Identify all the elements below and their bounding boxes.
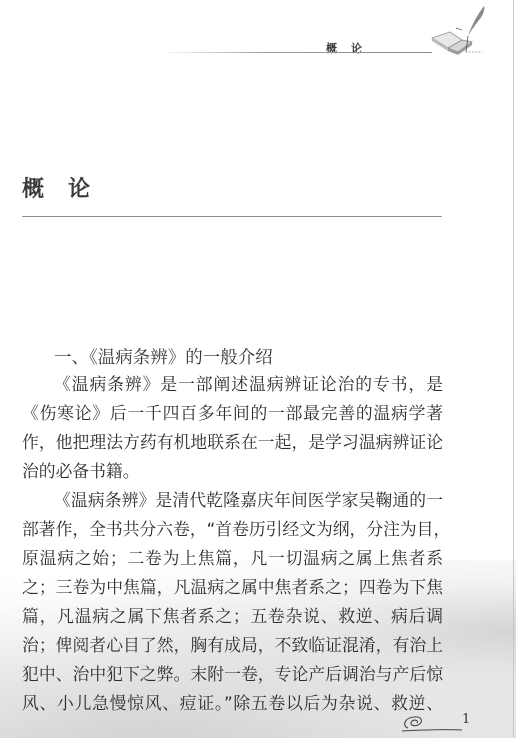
paragraph-line: 治的必备书籍。 (22, 457, 443, 486)
page-footer: 1 (392, 712, 464, 734)
chapter-rule (22, 216, 442, 217)
paragraph-line: 作，他把理法方药有机地联系在一起，是学习温病辨证论 (22, 428, 443, 457)
paragraph-line: 原温病之始；二卷为上焦篇，凡一切温病之属上焦者系 (22, 544, 443, 573)
body-text: 《温病条辨》是一部阐述温病辨证论治的专书，是 《伤寒论》后一千四百多年间的一部最… (22, 370, 443, 718)
chapter-title: 概论 (22, 172, 114, 203)
paragraph-line: 犯中、治中犯下之弊。末附一卷，专论产后调治与产后惊 (22, 660, 443, 689)
paragraph-line: 治；俾阅者心目了然，胸有成局，不致临证混淆，有治上 (22, 631, 443, 660)
running-header: 概论 (160, 40, 432, 54)
running-header-title: 概论 (326, 40, 376, 56)
paragraph-line: 之；三卷为中焦篇，凡温病之属中焦者系之；四卷为下焦 (22, 573, 443, 602)
running-header-rule (160, 52, 432, 53)
paragraph-line: 《温病条辨》是一部阐述温病辨证论治的专书，是 (22, 370, 443, 399)
paragraph-line: 《温病条辨》是清代乾隆嘉庆年间医学家吴鞠通的一 (22, 486, 443, 515)
paragraph-line: 篇，凡温病之属下焦者系之；五卷杂说、救逆、病后调 (22, 602, 443, 631)
paragraph-line: 风、小儿急慢惊风、痘证。”除五卷以后为杂说、救逆、 (22, 689, 443, 718)
page-number: 1 (462, 712, 470, 727)
open-book-quill-icon (428, 2, 492, 58)
paragraph-line: 《伤寒论》后一千四百多年间的一部最完善的温病学著 (22, 399, 443, 428)
paragraph-line: 部著作，全书共分六卷，“首卷历引经文为纲，分注为目， (22, 515, 443, 544)
section-heading: 一、《温病条辨》的一般介绍 (54, 344, 273, 369)
page-edge-line (513, 0, 514, 738)
book-page: 概论 概论 一、《温病条辨》的一般介绍 《温病条辨》是一部阐述温病辨证论治的专书… (0, 0, 516, 738)
spiral-flourish-icon (392, 712, 464, 734)
